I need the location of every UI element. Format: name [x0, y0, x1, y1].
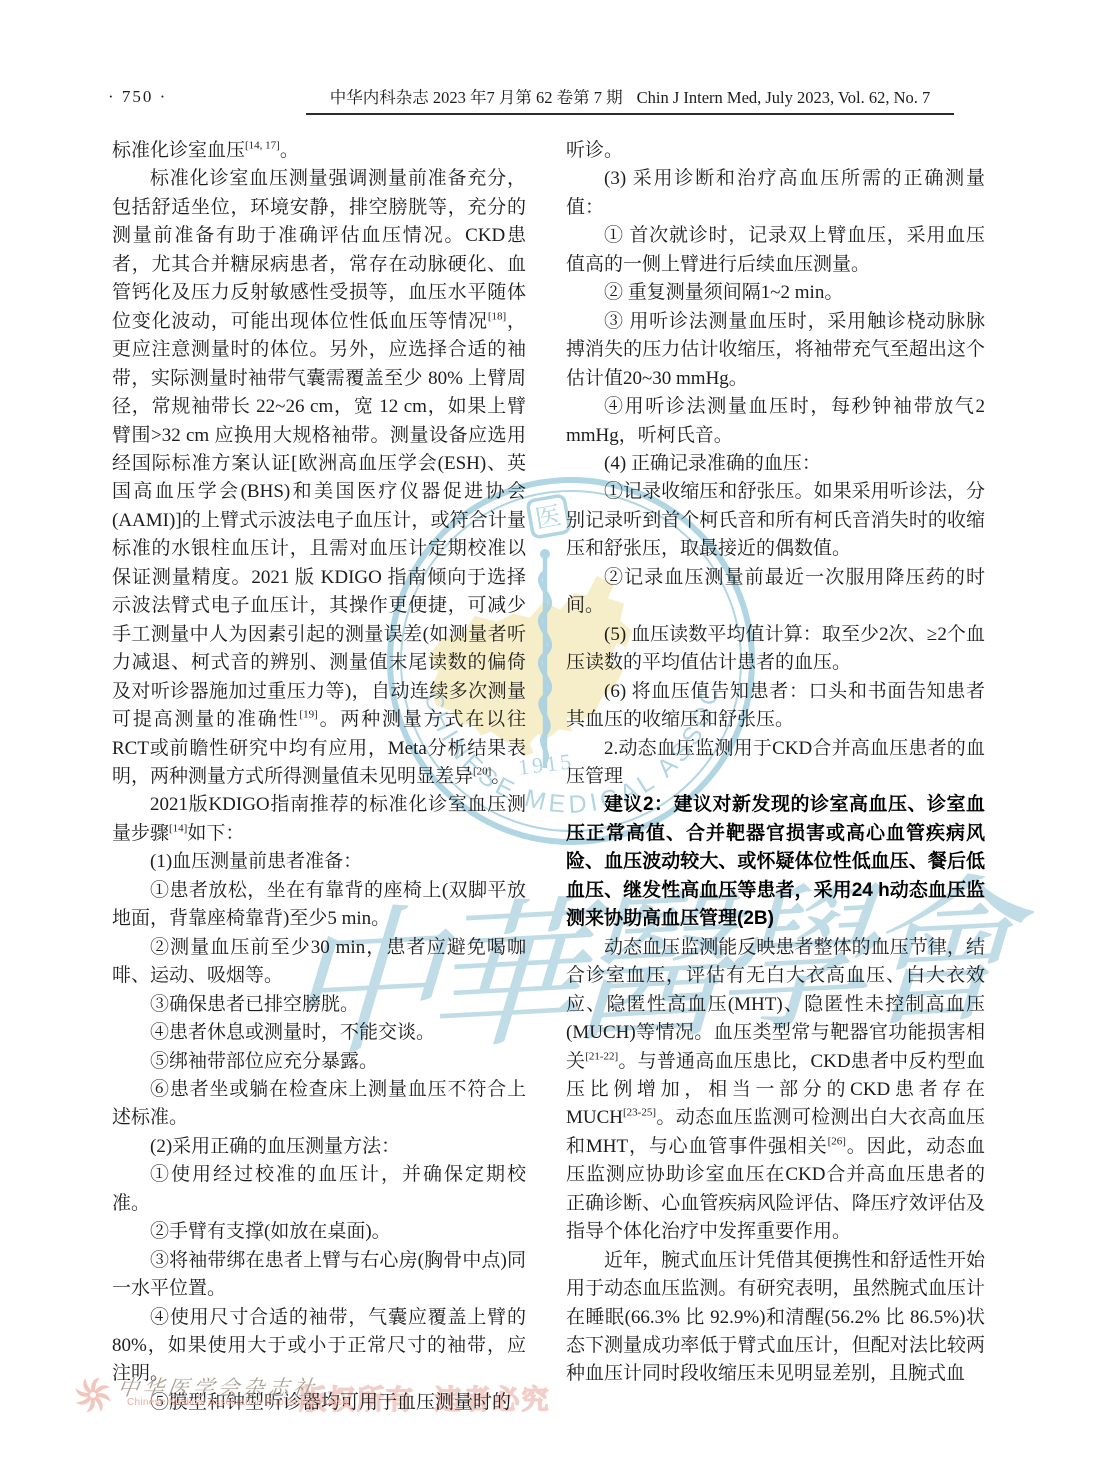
paragraph: ②测量血压前至少30 min，患者应避免喝咖啡、运动、吸烟等。 — [112, 934, 526, 991]
paragraph: 近年，腕式血压计凭借其便携性和舒适性开始用于动态血压监测。有研究表明，虽然腕式血… — [566, 1247, 985, 1389]
paragraph: ①使用经过校准的血压计，并确保定期校准。 — [112, 1161, 526, 1218]
reference-superscript: [19] — [299, 709, 317, 721]
publisher-logo-icon — [73, 1376, 113, 1414]
paragraph: (3) 采用诊断和治疗高血压所需的正确测量值： — [566, 165, 985, 222]
column-right: 听诊。(3) 采用诊断和治疗高血压所需的正确测量值：① 首次就诊时，记录双上臂血… — [566, 137, 985, 1389]
column-left: 标准化诊室血压[14, 17]。标准化诊室血压测量强调测量前准备充分，包括舒适坐… — [112, 137, 526, 1417]
paragraph: (4) 正确记录准确的血压： — [566, 450, 985, 478]
reference-superscript: [20] — [473, 766, 491, 778]
journal-header: 中华内科杂志 2023 年7 月第 62 卷第 7 期Chin J Intern… — [306, 84, 954, 115]
reference-superscript: [14] — [169, 823, 187, 835]
paragraph: ②手臂有支撑(如放在桌面)。 — [112, 1218, 526, 1246]
seal-top-glyph: 医 — [527, 495, 570, 538]
reference-superscript: [26] — [828, 1136, 846, 1148]
paragraph: 2021版KDIGO指南推荐的标准化诊室血压测量步骤[14]如下： — [112, 791, 526, 848]
paragraph: 动态血压监测能反映患者整体的血压节律，结合诊室血压，评估有无白大衣高血压、白大衣… — [566, 934, 985, 1247]
paragraph: ②记录血压测量前最近一次服用降压药的时间。 — [566, 564, 985, 621]
paragraph: ⑤绑袖带部位应充分暴露。 — [112, 1048, 526, 1076]
paragraph: 标准化诊室血压[14, 17]。 — [112, 137, 526, 165]
publisher-name-en: Chinese Medical Association Publishing H… — [127, 1397, 348, 1408]
journal-title-cn: 中华内科杂志 2023 年7 月第 62 卷第 7 期 — [330, 88, 623, 107]
paragraph: ①患者放松，坐在有靠背的座椅上(双脚平放地面，背靠座椅靠背)至少5 min。 — [112, 877, 526, 934]
paragraph: (1)血压测量前患者准备： — [112, 848, 526, 876]
paragraph: ① 首次就诊时，记录双上臂血压，采用血压值高的一侧上臂进行后续血压测量。 — [566, 222, 985, 279]
paragraph: 听诊。 — [566, 137, 985, 165]
paragraph: ⑥患者坐或躺在检查床上测量血压不符合上述标准。 — [112, 1076, 526, 1133]
paragraph: 2.动态血压监测用于CKD合并高血压患者的血压管理 — [566, 735, 985, 792]
paragraph: ② 重复测量须间隔1~2 min。 — [566, 279, 985, 307]
paragraph: ①记录收缩压和舒张压。如果采用听诊法，分别记录听到首个柯氏音和所有柯氏音消失时的… — [566, 478, 985, 563]
paragraph: ③确保患者已排空膀胱。 — [112, 991, 526, 1019]
page-number: · 750 · — [108, 87, 167, 107]
recommendation-paragraph: 建议2：建议对新发现的诊室高血压、诊室血压正常高值、合并靶器官损害或高心血管疾病… — [566, 791, 985, 933]
paragraph: 标准化诊室血压测量强调测量前准备充分，包括舒适坐位，环境安静，排空膀胱等，充分的… — [112, 165, 526, 791]
reference-superscript: [21-22] — [585, 1050, 618, 1062]
paragraph: (5) 血压读数平均值计算：取至少2次、≥2个血压读数的平均值估计患者的血压。 — [566, 621, 985, 678]
paragraph: (2)采用正确的血压测量方法： — [112, 1133, 526, 1161]
paragraph: (6) 将血压值告知患者：口头和书面告知患者其血压的收缩压和舒张压。 — [566, 678, 985, 735]
journal-title-en: Chin J Intern Med, July 2023, Vol. 62, N… — [637, 88, 931, 107]
asclepius-staff-icon — [540, 549, 550, 768]
paragraph: ④患者休息或测量时，不能交谈。 — [112, 1019, 526, 1047]
reference-superscript: [14, 17] — [245, 140, 280, 152]
paragraph: ③ 用听诊法测量血压时，采用触诊桡动脉脉搏消失的压力估计收缩压，将袖带充气至超出… — [566, 308, 985, 393]
svg-text:医: 医 — [533, 500, 564, 534]
reference-superscript: [18] — [488, 310, 506, 322]
reference-superscript: [23-25] — [623, 1107, 656, 1119]
paragraph: ③将袖带绑在患者上臂与右心房(胸骨中点)同一水平位置。 — [112, 1247, 526, 1304]
paragraph: ④用听诊法测量血压时，每秒钟袖带放气2 mmHg，听柯氏音。 — [566, 393, 985, 450]
